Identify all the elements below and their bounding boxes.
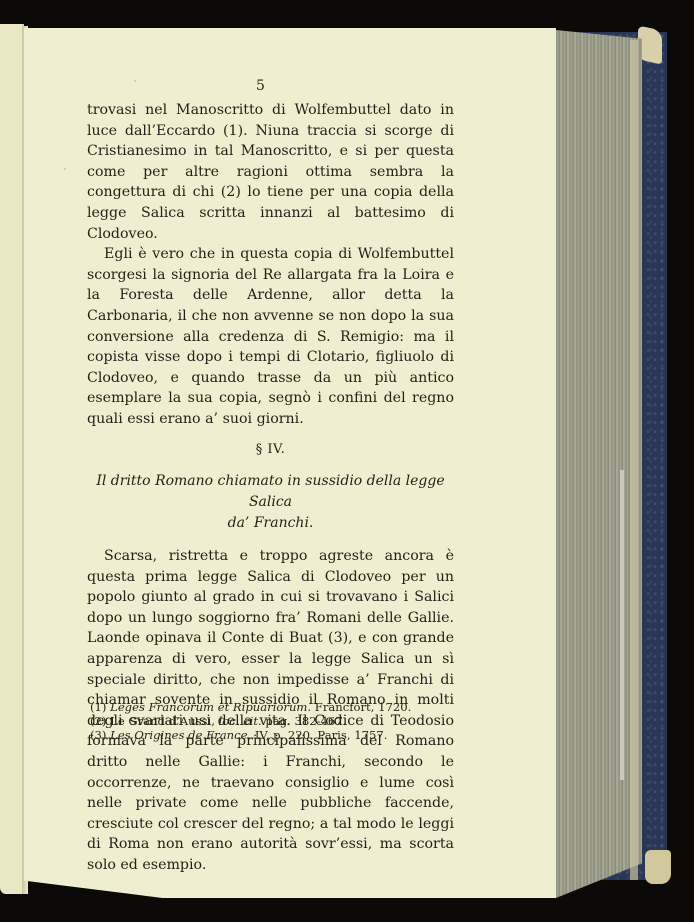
paper-spot [64,168,66,170]
footnotes: (1) Leges Francorum et Ripuariorum. Fran… [90,700,411,742]
section-title-line-1: Il dritto Romano chiamato in sussidio de… [87,471,454,513]
footnote-3: (3) Les Origines de France, IV, p. 220. … [90,728,411,742]
section-title-line-2: da’ Franchi. [87,513,454,534]
section-title: Il dritto Romano chiamato in sussidio de… [87,471,454,534]
section-number: § IV. [87,440,454,461]
paper-spot [134,80,136,82]
page-number: 5 [256,78,265,94]
facing-page-edge [0,24,24,894]
page-block-rim [630,40,638,880]
paragraph-1: trovasi nel Manoscritto di Wolfembuttel … [87,100,454,244]
footnote-2: (2) Le Grand d’Aussi, loc. cit. pag. 382… [90,714,411,728]
page-edge-highlight [620,470,624,780]
cover-corner-bottom [645,850,671,884]
page-body: trovasi nel Manoscritto di Wolfembuttel … [87,100,454,876]
paragraph-2: Egli è vero che in questa copia di Wolfe… [87,244,454,429]
footnote-1: (1) Leges Francorum et Ripuariorum. Fran… [90,700,411,714]
